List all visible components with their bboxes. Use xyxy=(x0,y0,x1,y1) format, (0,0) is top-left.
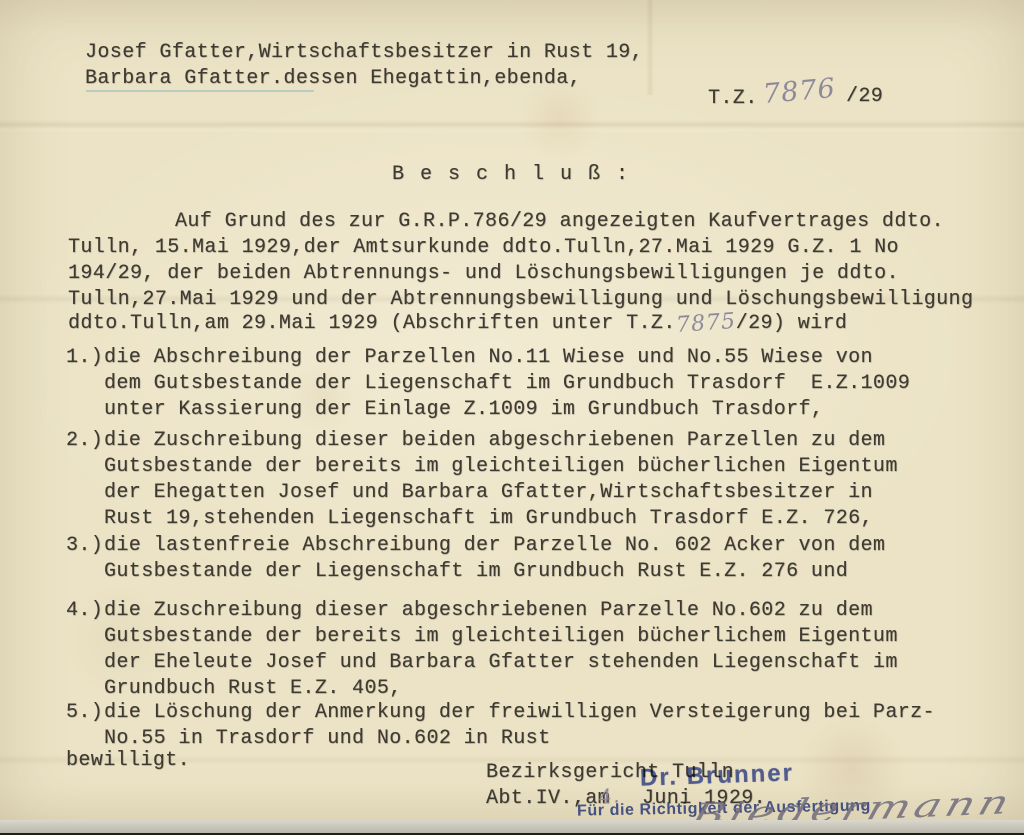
item-5-number: 5.) xyxy=(66,700,103,726)
item-3-number: 3.) xyxy=(66,533,103,559)
file-number-handwritten: 7876 xyxy=(762,73,837,110)
item-4-line-3: der Eheleute Josef und Barbara Gfatter s… xyxy=(104,650,898,676)
item-2-number: 2.) xyxy=(66,428,103,454)
item-3-line-1: die lastenfreie Abschreibung der Parzell… xyxy=(104,533,885,559)
intro-line-4: Tulln,27.Mai 1929 und der Abtrennungsbew… xyxy=(68,287,973,313)
intro-line-5-handwritten: 7875 xyxy=(675,312,736,336)
item-1-line-1: die Abschreibung der Parzellen No.11 Wie… xyxy=(104,345,910,371)
intro-line-5-post: /29) wird xyxy=(736,312,848,335)
item-2-line-3: der Ehegatten Josef und Barbara Gfatter,… xyxy=(104,480,898,506)
item-2-line-2: Gutsbestande der bereits im gleichteilig… xyxy=(104,454,898,480)
item-1-line-2: dem Gutsbestande der Liegenschaft im Gru… xyxy=(104,371,910,397)
item-5-line-2: No.55 in Trasdorf und No.602 in Rust xyxy=(104,726,935,752)
closing-word: bewilligt. xyxy=(66,748,190,774)
judge-name-stamp: Dr. Brunner xyxy=(640,759,795,792)
item-4-line-2: Gutsbestande der bereits im gleichteilig… xyxy=(104,624,898,650)
intro-line-3: 194/29, der beiden Abtrennungs- und Lösc… xyxy=(68,261,899,287)
item-4-number: 4.) xyxy=(66,598,103,624)
item-2-line-4: Rust 19,stehenden Liegenschaft im Grundb… xyxy=(104,506,898,532)
intro-line-5-pre: ddto.Tulln,am 29.Mai 1929 (Abschriften u… xyxy=(68,312,676,335)
item-4-line-1: die Zuschreibung dieser abgeschriebenen … xyxy=(104,598,898,624)
party-line-1: Josef Gfatter,Wirtschaftsbesitzer in Rus… xyxy=(85,40,643,66)
item-1-line-3: unter Kassierung der Einlage Z.1009 im G… xyxy=(104,397,910,423)
scan-edge-band xyxy=(0,820,1024,833)
document-title: B e s c h l u ß : xyxy=(392,162,630,188)
file-number-prefix: T.Z. xyxy=(708,86,758,112)
item-2-line-1: die Zuschreibung dieser beiden abgeschri… xyxy=(104,428,898,454)
file-number-suffix: /29 xyxy=(846,84,883,110)
item-5-line-1: die Löschung der Anmerkung der freiwilli… xyxy=(104,700,935,726)
item-4-line-4: Grundbuch Rust E.Z. 405, xyxy=(104,676,898,702)
scanned-document-page: Josef Gfatter,Wirtschaftsbesitzer in Rus… xyxy=(0,0,1024,835)
intro-line-5: ddto.Tulln,am 29.Mai 1929 (Abschriften u… xyxy=(68,311,847,337)
party-line-2: Barbara Gfatter.dessen Ehegattin,ebenda, xyxy=(85,66,581,92)
intro-line-2: Tulln, 15.Mai 1929,der Amtsurkunde ddto.… xyxy=(68,235,899,261)
intro-line-1: Auf Grund des zur G.R.P.786/29 angezeigt… xyxy=(175,209,944,235)
scan-artifact-line xyxy=(86,90,314,92)
item-3-line-2: Gutsbestande der Liegenschaft im Grundbu… xyxy=(104,559,885,585)
item-1-number: 1.) xyxy=(66,345,103,371)
